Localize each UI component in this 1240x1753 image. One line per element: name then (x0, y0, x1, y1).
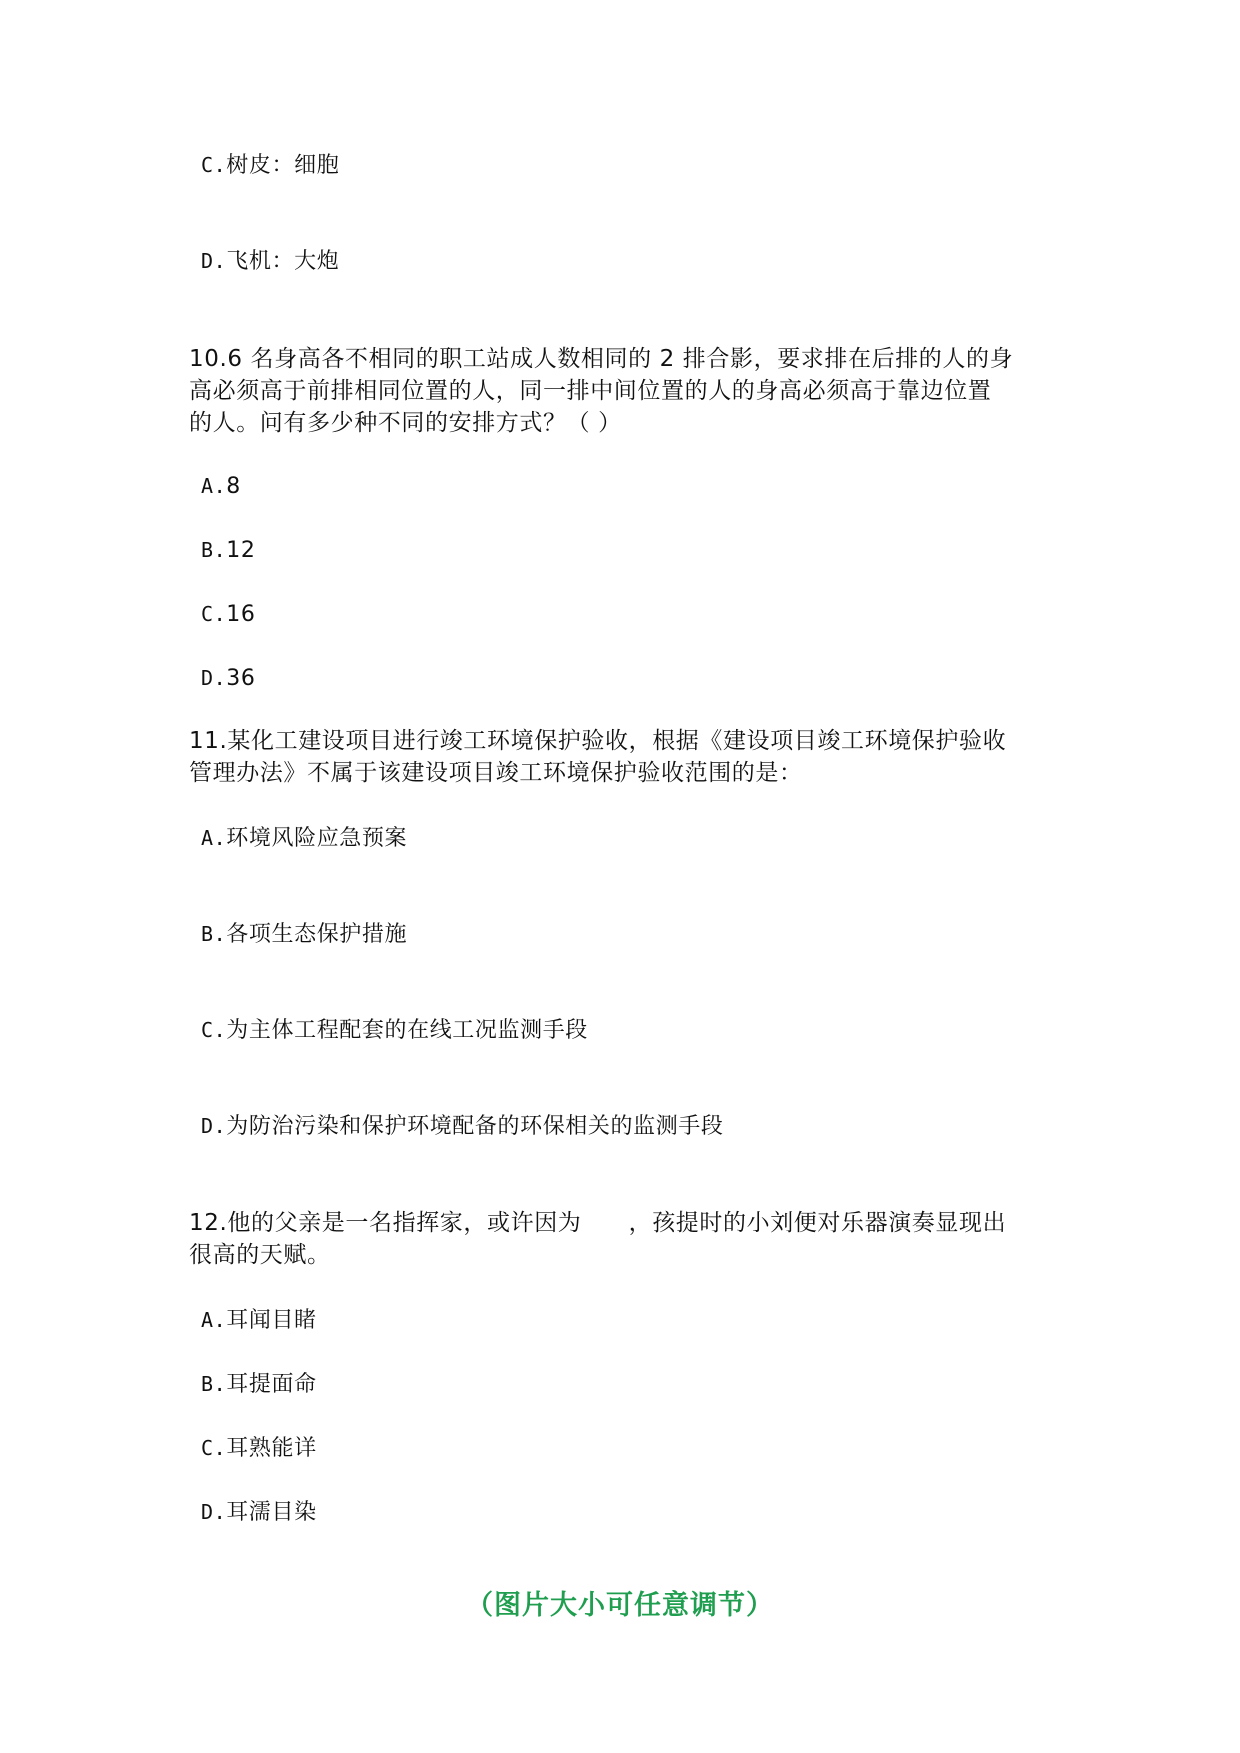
image-resize-note: （图片大小可任意调节） (0, 1588, 1240, 1624)
option-letter: B. (201, 919, 226, 949)
option-letter: D. (201, 246, 226, 276)
option-text: 耳熟能详 (226, 1436, 316, 1461)
option-text: 耳提面命 (226, 1372, 316, 1397)
option-text: 耳闻目睹 (226, 1308, 316, 1333)
option-letter: C. (201, 1433, 226, 1463)
question-12-line-1: 12.他的父亲是一名指挥家，或许因为 ，孩提时的小刘便对乐器演奏显现出 (189, 1207, 1006, 1239)
option-text: 16 (226, 602, 255, 627)
question-number: 11. (189, 728, 227, 754)
question-12-option-a: A.耳闻目睹 (201, 1305, 317, 1336)
option-letter: A. (201, 471, 226, 501)
question-number: 12. (189, 1210, 227, 1236)
option-text: 36 (226, 666, 255, 691)
question-11-option-b: B.各项生态保护措施 (201, 919, 407, 950)
question-10-option-a: A.8 (201, 471, 241, 502)
option-text: 环境风险应急预案 (226, 826, 407, 851)
question-text: 某化工建设项目进行竣工环境保护验收，根据《建设项目竣工环境保护验收 (227, 728, 1006, 754)
document-page: C.树皮：细胞 D.飞机：大炮 10.6 名身高各不相同的职工站成人数相同的 2… (0, 0, 1240, 1753)
question-11-option-c: C.为主体工程配套的在线工况监测手段 (201, 1015, 588, 1046)
question-10-line-3: 的人。问有多少种不同的安排方式？（ ） (189, 407, 622, 439)
option-text: 飞机：大炮 (226, 249, 339, 274)
question-10-option-d: D.36 (201, 663, 256, 694)
question-text: 6 名身高各不相同的职工站成人数相同的 2 排合影，要求排在后排的人的身 (227, 346, 1013, 372)
question-11-line-1: 11.某化工建设项目进行竣工环境保护验收，根据《建设项目竣工环境保护验收 (189, 725, 1006, 757)
option-text: 为主体工程配套的在线工况监测手段 (226, 1018, 588, 1043)
question-10-option-c: C.16 (201, 599, 256, 630)
option-text: 12 (226, 538, 255, 563)
option-text: 8 (226, 474, 241, 499)
question-number: 10. (189, 346, 227, 372)
option-letter: C. (201, 150, 226, 180)
option-text: 耳濡目染 (226, 1500, 316, 1525)
option-letter: A. (201, 1305, 226, 1335)
option-letter: B. (201, 1369, 226, 1399)
question-text: 他的父亲是一名指挥家，或许因为 ，孩提时的小刘便对乐器演奏显现出 (227, 1210, 1006, 1236)
option-letter: B. (201, 535, 226, 565)
question-10-option-b: B.12 (201, 535, 256, 566)
option-letter: D. (201, 1497, 226, 1527)
option-text: 为防治污染和保护环境配备的环保相关的监测手段 (226, 1114, 723, 1139)
prev-option-d: D.飞机：大炮 (201, 246, 339, 277)
option-letter: C. (201, 599, 226, 629)
option-letter: D. (201, 1111, 226, 1141)
option-letter: C. (201, 1015, 226, 1045)
question-11-line-2: 管理办法》不属于该建设项目竣工环境保护验收范围的是： (189, 757, 803, 789)
question-12-option-d: D.耳濡目染 (201, 1497, 317, 1528)
option-text: 树皮：细胞 (226, 153, 339, 178)
question-12-option-b: B.耳提面命 (201, 1369, 317, 1400)
question-12-option-c: C.耳熟能详 (201, 1433, 317, 1464)
option-letter: A. (201, 823, 226, 853)
option-letter: D. (201, 663, 226, 693)
prev-option-c: C.树皮：细胞 (201, 150, 339, 181)
question-11-option-d: D.为防治污染和保护环境配备的环保相关的监测手段 (201, 1111, 724, 1142)
question-10-line-1: 10.6 名身高各不相同的职工站成人数相同的 2 排合影，要求排在后排的人的身 (189, 343, 1013, 375)
question-12-line-2: 很高的天赋。 (189, 1239, 331, 1271)
question-11-option-a: A.环境风险应急预案 (201, 823, 407, 854)
question-10-line-2: 高必须高于前排相同位置的人，同一排中间位置的人的身高必须高于靠边位置 (189, 375, 991, 407)
option-text: 各项生态保护措施 (226, 922, 407, 947)
